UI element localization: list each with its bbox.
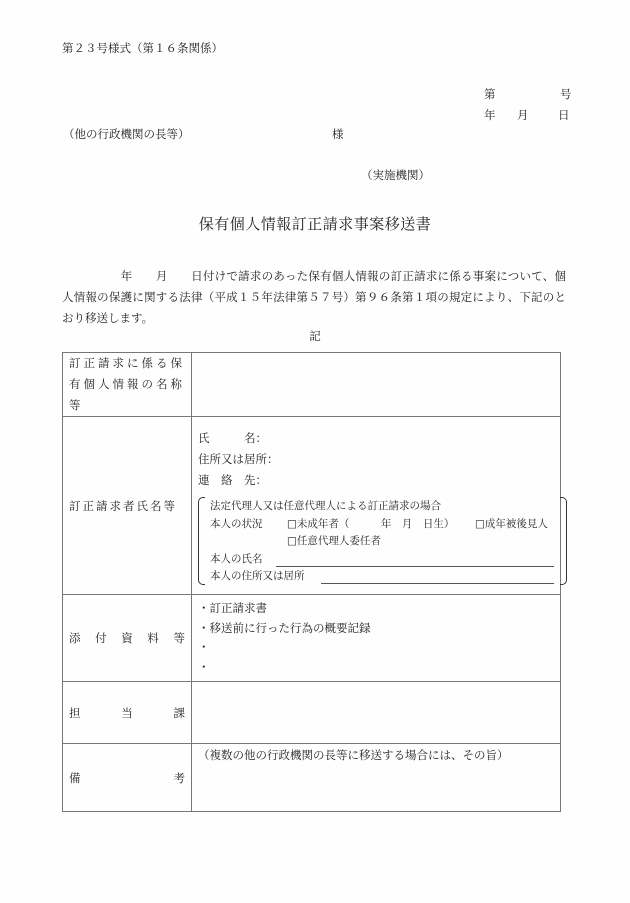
bracket-left bbox=[198, 497, 205, 585]
date-month: 月 bbox=[517, 107, 529, 123]
field-address[interactable]: 住所又は居所： bbox=[198, 451, 279, 467]
label-char: 料 bbox=[147, 630, 159, 646]
value-info-name[interactable] bbox=[192, 353, 561, 417]
table-row-department: 担 当 課 bbox=[63, 682, 561, 744]
table-row-info-name: 訂正請求に係る保有個人情報の名称等 bbox=[63, 353, 561, 417]
principal-name-field[interactable] bbox=[276, 566, 554, 567]
reference-suffix: 号 bbox=[560, 86, 572, 102]
addressee: （他の行政機関の長等） bbox=[63, 126, 190, 142]
value-department[interactable] bbox=[192, 682, 561, 744]
label-department: 担 当 課 bbox=[63, 682, 192, 744]
document-title: 保有個人情報訂正請求事案移送書 bbox=[0, 213, 630, 234]
remarks-note: （複数の他の行政機関の長等に移送する場合には、その旨） bbox=[198, 747, 554, 763]
date-day: 日 bbox=[558, 107, 570, 123]
label-char: 等 bbox=[174, 630, 186, 646]
bracket-right bbox=[560, 497, 567, 585]
value-remarks[interactable]: （複数の他の行政機関の長等に移送する場合には、その旨） bbox=[192, 744, 561, 812]
label-char: 考 bbox=[174, 770, 186, 786]
label-char: 付 bbox=[95, 630, 107, 646]
attachment-item[interactable]: ・ bbox=[198, 638, 554, 658]
table-row-requester: 訂正請求者氏名等 氏 名： 住所又は居所： 連 絡 先： 法定代理人又は任意代理… bbox=[63, 417, 561, 595]
field-name[interactable]: 氏 名： bbox=[198, 430, 267, 446]
label-char: 資 bbox=[121, 630, 133, 646]
principal-address-field[interactable] bbox=[321, 583, 554, 584]
form-number: 第２３号様式（第１６条関係） bbox=[62, 40, 223, 56]
label-remarks: 備 考 bbox=[63, 744, 192, 812]
label-char: 担 bbox=[69, 705, 81, 721]
field-contact[interactable]: 連 絡 先： bbox=[198, 472, 267, 488]
ki-marker: 記 bbox=[0, 328, 630, 344]
label-requester: 訂正請求者氏名等 bbox=[63, 417, 192, 595]
date-year: 年 bbox=[484, 107, 496, 123]
value-requester: 氏 名： 住所又は居所： 連 絡 先： 法定代理人又は任意代理人による訂正請求の… bbox=[192, 417, 561, 595]
transfer-table: 訂正請求に係る保有個人情報の名称等 訂正請求者氏名等 氏 名： 住所又は居所： … bbox=[62, 352, 561, 812]
reference-prefix: 第 bbox=[484, 86, 496, 102]
option-delegator[interactable]: □任意代理人委任者 bbox=[287, 533, 381, 548]
agent-heading: 法定代理人又は任意代理人による訂正請求の場合 bbox=[210, 498, 441, 513]
value-attachments: ・訂正請求書 ・移送前に行った行為の概要記録 ・ ・ bbox=[192, 595, 561, 682]
attachment-item[interactable]: ・ bbox=[198, 658, 554, 678]
attachment-item: ・訂正請求書 bbox=[198, 599, 554, 619]
label-char: 添 bbox=[69, 630, 81, 646]
label-info-name: 訂正請求に係る保有個人情報の名称等 bbox=[63, 353, 192, 417]
principal-address-label: 本人の住所又は居所 bbox=[210, 568, 305, 583]
honorific: 様 bbox=[332, 126, 344, 142]
label-char: 当 bbox=[121, 705, 133, 721]
option-minor[interactable]: □未成年者（ 年 月 日生） bbox=[287, 516, 454, 531]
label-char: 課 bbox=[174, 705, 186, 721]
table-row-attachments: 添 付 資 料 等 ・訂正請求書 ・移送前に行った行為の概要記録 ・ ・ bbox=[63, 595, 561, 682]
table-row-remarks: 備 考 （複数の他の行政機関の長等に移送する場合には、その旨） bbox=[63, 744, 561, 812]
principal-name-label: 本人の氏名 bbox=[210, 551, 263, 566]
option-adult-ward[interactable]: □成年被後見人 bbox=[475, 516, 548, 531]
sender-agency: （実施機関） bbox=[361, 167, 430, 183]
label-char: 備 bbox=[69, 770, 81, 786]
label-attachments: 添 付 資 料 等 bbox=[63, 595, 192, 682]
attachment-item: ・移送前に行った行為の概要記録 bbox=[198, 619, 554, 639]
status-label: 本人の状況 bbox=[210, 516, 263, 531]
body-paragraph: 年 月 日付けで請求のあった保有個人情報の訂正請求に係る事案について、個人情報の… bbox=[62, 266, 566, 329]
